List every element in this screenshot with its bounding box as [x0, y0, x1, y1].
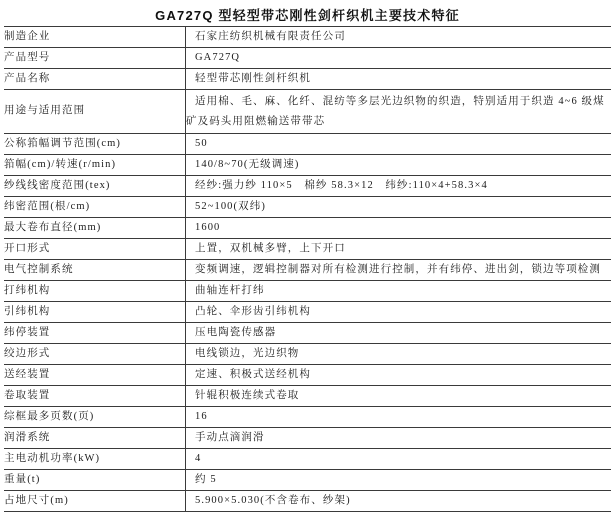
table-row: 筘幅(cm)/转速(r/min)140/8~70(无级调速): [4, 155, 611, 176]
spec-item-label: 综框最多页数(页): [4, 407, 186, 428]
spec-item-value: 约 5: [186, 470, 612, 491]
spec-item-value: 曲轴连杆打纬: [186, 281, 612, 302]
table-row: 引纬机构凸轮、伞形齿引纬机构: [4, 302, 611, 323]
table-row: 产品名称轻型带芯刚性剑杆织机: [4, 69, 611, 90]
table-row: 纬停装置压电陶瓷传感器: [4, 323, 611, 344]
spec-item-label: 公称筘幅调节范围(cm): [4, 134, 186, 155]
spec-item-value: 适用棉、毛、麻、化纤、混纺等多层光边织物的织造，特别适用于织造 4~6 级煤矿及…: [186, 90, 612, 134]
spec-item-value: 16: [186, 407, 612, 428]
spec-item-value: 轻型带芯刚性剑杆织机: [186, 69, 612, 90]
spec-item-value: 52~100(双纬): [186, 197, 612, 218]
table-row: 绞边形式电线锁边，光边织物: [4, 344, 611, 365]
table-row: 纱线线密度范围(tex)经纱:强力纱 110×5 棉纱 58.3×12 纬纱:1…: [4, 176, 611, 197]
spec-item-value: 压电陶瓷传感器: [186, 323, 612, 344]
spec-item-label: 送经装置: [4, 365, 186, 386]
table-row: 综框最多页数(页)16: [4, 407, 611, 428]
page-title: GA727Q 型轻型带芯刚性剑杆织机主要技术特征: [0, 0, 615, 26]
spec-table-body: 制造企业石家庄纺织机械有限责任公司产品型号GA727Q产品名称轻型带芯刚性剑杆织…: [4, 27, 611, 512]
spec-item-label: 电气控制系统: [4, 260, 186, 281]
table-row: 卷取装置针辊积极连续式卷取: [4, 386, 611, 407]
table-row: 送经装置定速、积极式送经机构: [4, 365, 611, 386]
spec-item-label: 打纬机构: [4, 281, 186, 302]
table-row: 产品型号GA727Q: [4, 48, 611, 69]
spec-item-value: 4: [186, 449, 612, 470]
spec-item-label: 绞边形式: [4, 344, 186, 365]
spec-item-value: GA727Q: [186, 48, 612, 69]
spec-item-label: 筘幅(cm)/转速(r/min): [4, 155, 186, 176]
spec-item-value: 经纱:强力纱 110×5 棉纱 58.3×12 纬纱:110×4+58.3×4: [186, 176, 612, 197]
spec-item-label: 纱线线密度范围(tex): [4, 176, 186, 197]
spec-item-value: 140/8~70(无级调速): [186, 155, 612, 176]
spec-item-label: 主电动机功率(kW): [4, 449, 186, 470]
spec-item-label: 用途与适用范围: [4, 90, 186, 134]
spec-item-label: 开口形式: [4, 239, 186, 260]
spec-item-label: 制造企业: [4, 27, 186, 48]
table-row: 纬密范围(根/cm)52~100(双纬): [4, 197, 611, 218]
spec-item-label: 产品型号: [4, 48, 186, 69]
spec-item-value: 电线锁边，光边织物: [186, 344, 612, 365]
spec-item-value: 1600: [186, 218, 612, 239]
spec-item-label: 占地尺寸(m): [4, 491, 186, 512]
spec-item-value: 50: [186, 134, 612, 155]
spec-item-label: 最大卷布直径(mm): [4, 218, 186, 239]
table-row: 公称筘幅调节范围(cm)50: [4, 134, 611, 155]
spec-item-value: 定速、积极式送经机构: [186, 365, 612, 386]
table-row: 重量(t)约 5: [4, 470, 611, 491]
spec-table: 制造企业石家庄纺织机械有限责任公司产品型号GA727Q产品名称轻型带芯刚性剑杆织…: [4, 26, 611, 512]
spec-sheet-page: GA727Q 型轻型带芯刚性剑杆织机主要技术特征 制造企业石家庄纺织机械有限责任…: [0, 0, 615, 512]
table-row: 占地尺寸(m)5.900×5.030(不含卷布、纱架): [4, 491, 611, 512]
table-row: 主电动机功率(kW)4: [4, 449, 611, 470]
spec-item-label: 润滑系统: [4, 428, 186, 449]
table-row: 电气控制系统变频调速，逻辑控制器对所有检测进行控制，并有纬停、进出剑，锁边等项检…: [4, 260, 611, 281]
spec-item-value: 5.900×5.030(不含卷布、纱架): [186, 491, 612, 512]
table-row: 用途与适用范围适用棉、毛、麻、化纤、混纺等多层光边织物的织造，特别适用于织造 4…: [4, 90, 611, 134]
spec-item-label: 产品名称: [4, 69, 186, 90]
spec-item-value: 上置，双机械多臂，上下开口: [186, 239, 612, 260]
spec-item-label: 引纬机构: [4, 302, 186, 323]
spec-item-label: 纬密范围(根/cm): [4, 197, 186, 218]
table-row: 制造企业石家庄纺织机械有限责任公司: [4, 27, 611, 48]
spec-item-label: 纬停装置: [4, 323, 186, 344]
spec-item-label: 重量(t): [4, 470, 186, 491]
spec-item-value: 针辊积极连续式卷取: [186, 386, 612, 407]
spec-item-value: 凸轮、伞形齿引纬机构: [186, 302, 612, 323]
table-row: 打纬机构曲轴连杆打纬: [4, 281, 611, 302]
spec-item-value: 手动点滴润滑: [186, 428, 612, 449]
table-row: 润滑系统手动点滴润滑: [4, 428, 611, 449]
table-row: 开口形式上置，双机械多臂，上下开口: [4, 239, 611, 260]
spec-item-label: 卷取装置: [4, 386, 186, 407]
spec-item-value: 变频调速，逻辑控制器对所有检测进行控制，并有纬停、进出剑，锁边等项检测: [186, 260, 612, 281]
spec-item-value: 石家庄纺织机械有限责任公司: [186, 27, 612, 48]
table-row: 最大卷布直径(mm)1600: [4, 218, 611, 239]
